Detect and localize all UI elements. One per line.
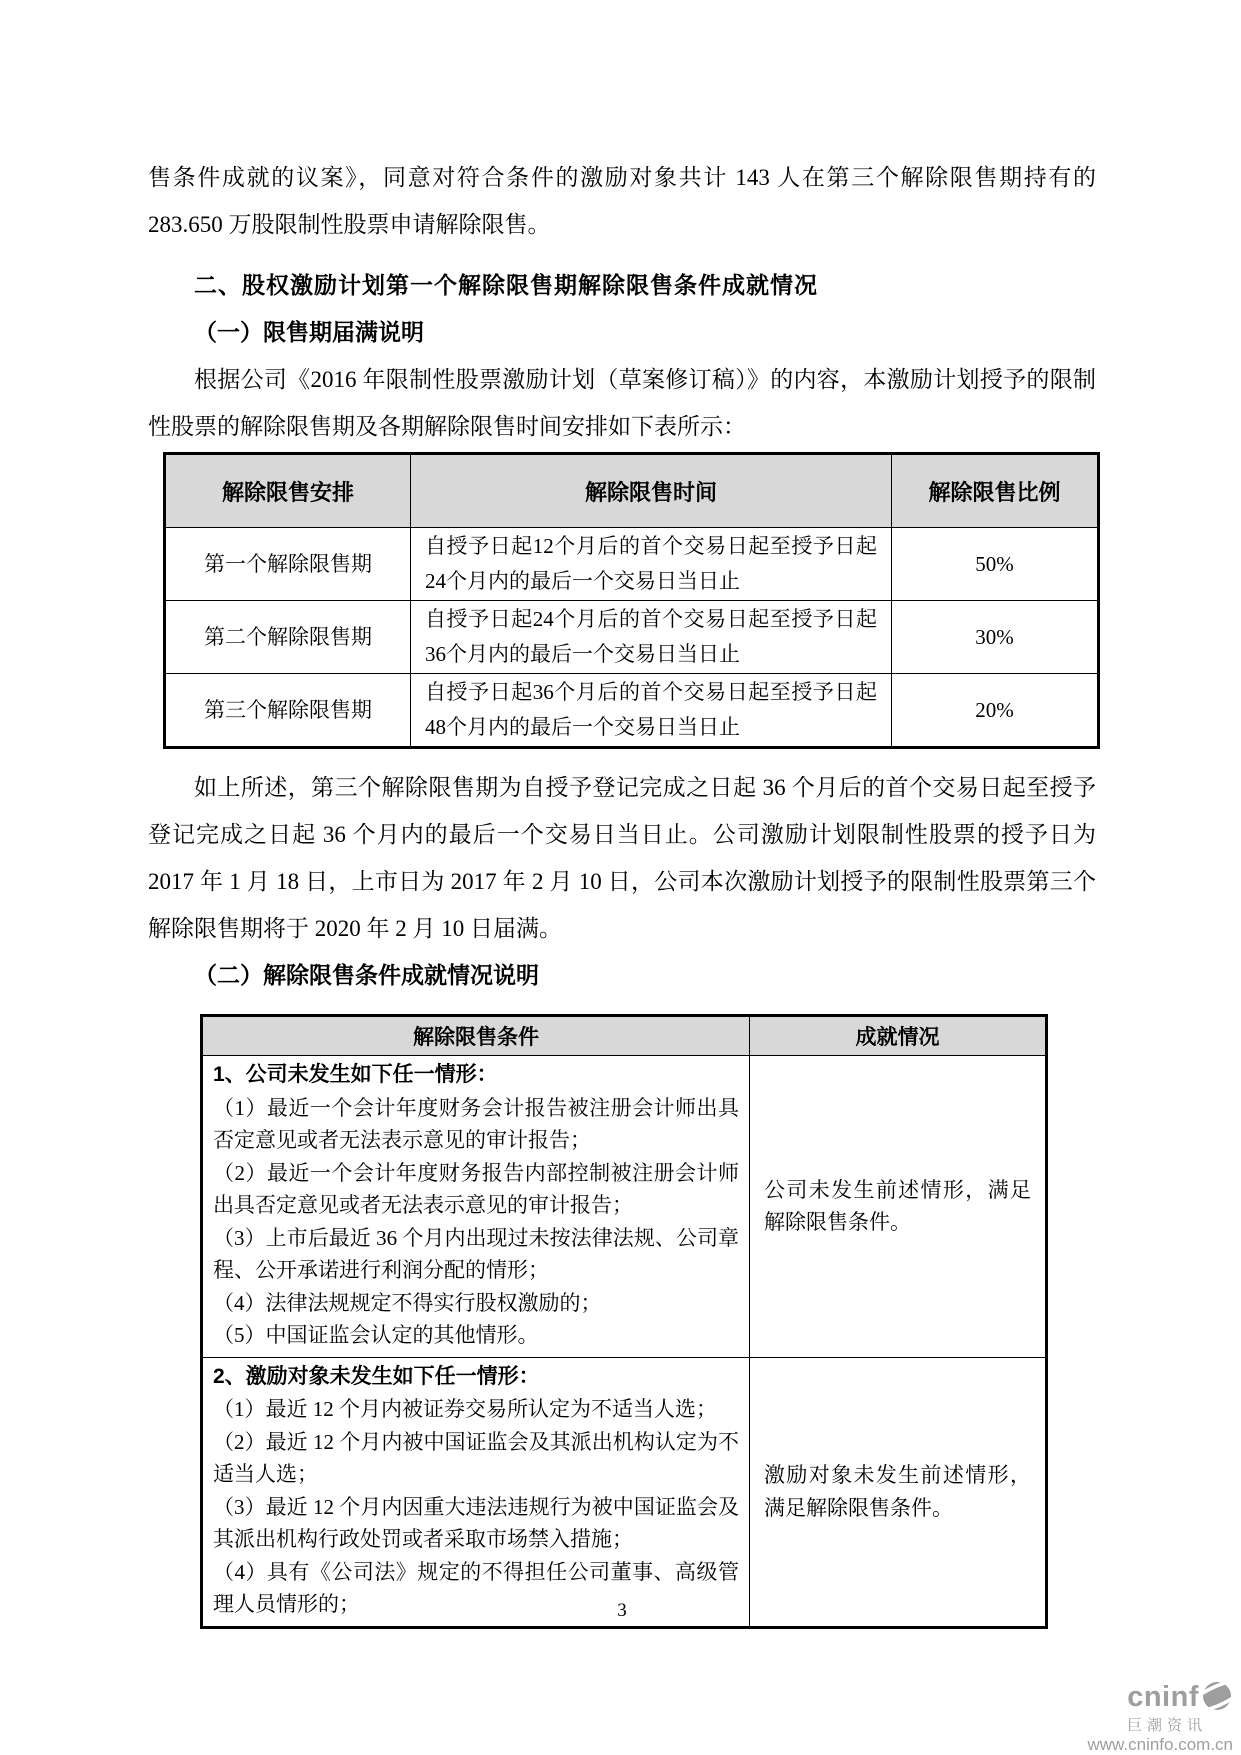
condition-cell: 1、公司未发生如下任一情形： （1）最近一个会计年度财务会计报告被注册会计师出具… [202, 1056, 750, 1358]
schedule-period-cell: 第三个解除限售期 [165, 674, 411, 748]
table-row: 第一个解除限售期 自授予日起12个月后的首个交易日起至授予日起24个月内的最后一… [165, 528, 1099, 601]
schedule-time-cell: 自授予日起24个月后的首个交易日起至授予日起36个月内的最后一个交易日当日止 [411, 601, 892, 674]
cninfo-url: www.cninfo.com.cn [1003, 1736, 1233, 1755]
schedule-time-cell: 自授予日起12个月后的首个交易日起至授予日起24个月内的最后一个交易日当日止 [411, 528, 892, 601]
condition-title: 1、公司未发生如下任一情形： [213, 1059, 739, 1092]
table-row: 1、公司未发生如下任一情形： （1）最近一个会计年度财务会计报告被注册会计师出具… [202, 1056, 1047, 1358]
release-condition-table: 解除限售条件 成就情况 1、公司未发生如下任一情形： （1）最近一个会计年度财务… [200, 1014, 1048, 1629]
schedule-summary-paragraph: 如上所述，第三个解除限售期为自授予登记完成之日起 36 个月后的首个交易日起至授… [148, 764, 1096, 952]
cninfo-logo-row: cninf [1003, 1680, 1233, 1717]
condition-title: 2、激励对象未发生如下任一情形： [213, 1361, 739, 1394]
schedule-ratio-cell: 30% [892, 601, 1099, 674]
condition-header-row: 解除限售条件 成就情况 [202, 1016, 1047, 1056]
condition-header-status: 成就情况 [750, 1016, 1047, 1056]
condition-item: （2）最近一个会计年度财务报告内部控制被注册会计师出具否定意见或者无法表示意见的… [213, 1157, 739, 1222]
condition-item: （4）法律法规规定不得实行股权激励的； [213, 1287, 739, 1320]
schedule-header-row: 解除限售安排 解除限售时间 解除限售比例 [165, 454, 1099, 528]
condition-item: （5）中国证监会认定的其他情形。 [213, 1319, 739, 1352]
schedule-ratio-cell: 50% [892, 528, 1099, 601]
subsection-1-title: （一）限售期届满说明 [148, 309, 1096, 356]
subsection-2-title: （二）解除限售条件成就情况说明 [148, 952, 1096, 999]
status-cell: 公司未发生前述情形，满足解除限售条件。 [750, 1056, 1047, 1358]
table-row: 2、激励对象未发生如下任一情形： （1）最近 12 个月内被证券交易所认定为不适… [202, 1357, 1047, 1627]
cninfo-watermark: cninf 巨潮资讯 www.cninfo.com.cn [1003, 1680, 1233, 1755]
condition-cell: 2、激励对象未发生如下任一情形： （1）最近 12 个月内被证券交易所认定为不适… [202, 1357, 750, 1627]
condition-item: （2）最近 12 个月内被中国证监会及其派出机构认定为不适当人选； [213, 1426, 739, 1491]
page-number: 3 [148, 1600, 1096, 1622]
section-title: 二、股权激励计划第一个解除限售期解除限售条件成就情况 [148, 262, 1096, 309]
cninfo-globe-icon [1201, 1680, 1233, 1717]
document-page: 售条件成就的议案》，同意对符合条件的激励对象共计 143 人在第三个解除限售期持… [0, 0, 1241, 1755]
schedule-time-cell: 自授予日起36个月后的首个交易日起至授予日起48个月内的最后一个交易日当日止 [411, 674, 892, 748]
schedule-header-time: 解除限售时间 [411, 454, 892, 528]
schedule-ratio-cell: 20% [892, 674, 1099, 748]
table-row: 第三个解除限售期 自授予日起36个月后的首个交易日起至授予日起48个月内的最后一… [165, 674, 1099, 748]
table-row: 第二个解除限售期 自授予日起24个月后的首个交易日起至授予日起36个月内的最后一… [165, 601, 1099, 674]
release-schedule-table: 解除限售安排 解除限售时间 解除限售比例 第一个解除限售期 自授予日起12个月后… [163, 452, 1100, 749]
status-cell: 激励对象未发生前述情形，满足解除限售条件。 [750, 1357, 1047, 1627]
intro-paragraph: 售条件成就的议案》，同意对符合条件的激励对象共计 143 人在第三个解除限售期持… [148, 154, 1096, 248]
cninfo-chinese-name: 巨潮资讯 [1003, 1718, 1207, 1735]
schedule-period-cell: 第二个解除限售期 [165, 601, 411, 674]
schedule-header-period: 解除限售安排 [165, 454, 411, 528]
schedule-header-ratio: 解除限售比例 [892, 454, 1099, 528]
condition-item: （3）最近 12 个月内因重大违法违规行为被中国证监会及其派出机构行政处罚或者采… [213, 1491, 739, 1556]
schedule-intro-paragraph: 根据公司《2016 年限制性股票激励计划（草案修订稿）》的内容，本激励计划授予的… [148, 356, 1096, 450]
cninfo-logo-text: cninf [1127, 1682, 1199, 1714]
condition-item: （3）上市后最近 36 个月内出现过未按法律法规、公司章程、公开承诺进行利润分配… [213, 1222, 739, 1287]
schedule-period-cell: 第一个解除限售期 [165, 528, 411, 601]
condition-header-condition: 解除限售条件 [202, 1016, 750, 1056]
condition-item: （1）最近 12 个月内被证券交易所认定为不适当人选； [213, 1393, 739, 1426]
condition-item: （1）最近一个会计年度财务会计报告被注册会计师出具否定意见或者无法表示意见的审计… [213, 1092, 739, 1157]
document-content: 售条件成就的议案》，同意对符合条件的激励对象共计 143 人在第三个解除限售期持… [148, 0, 1096, 1629]
